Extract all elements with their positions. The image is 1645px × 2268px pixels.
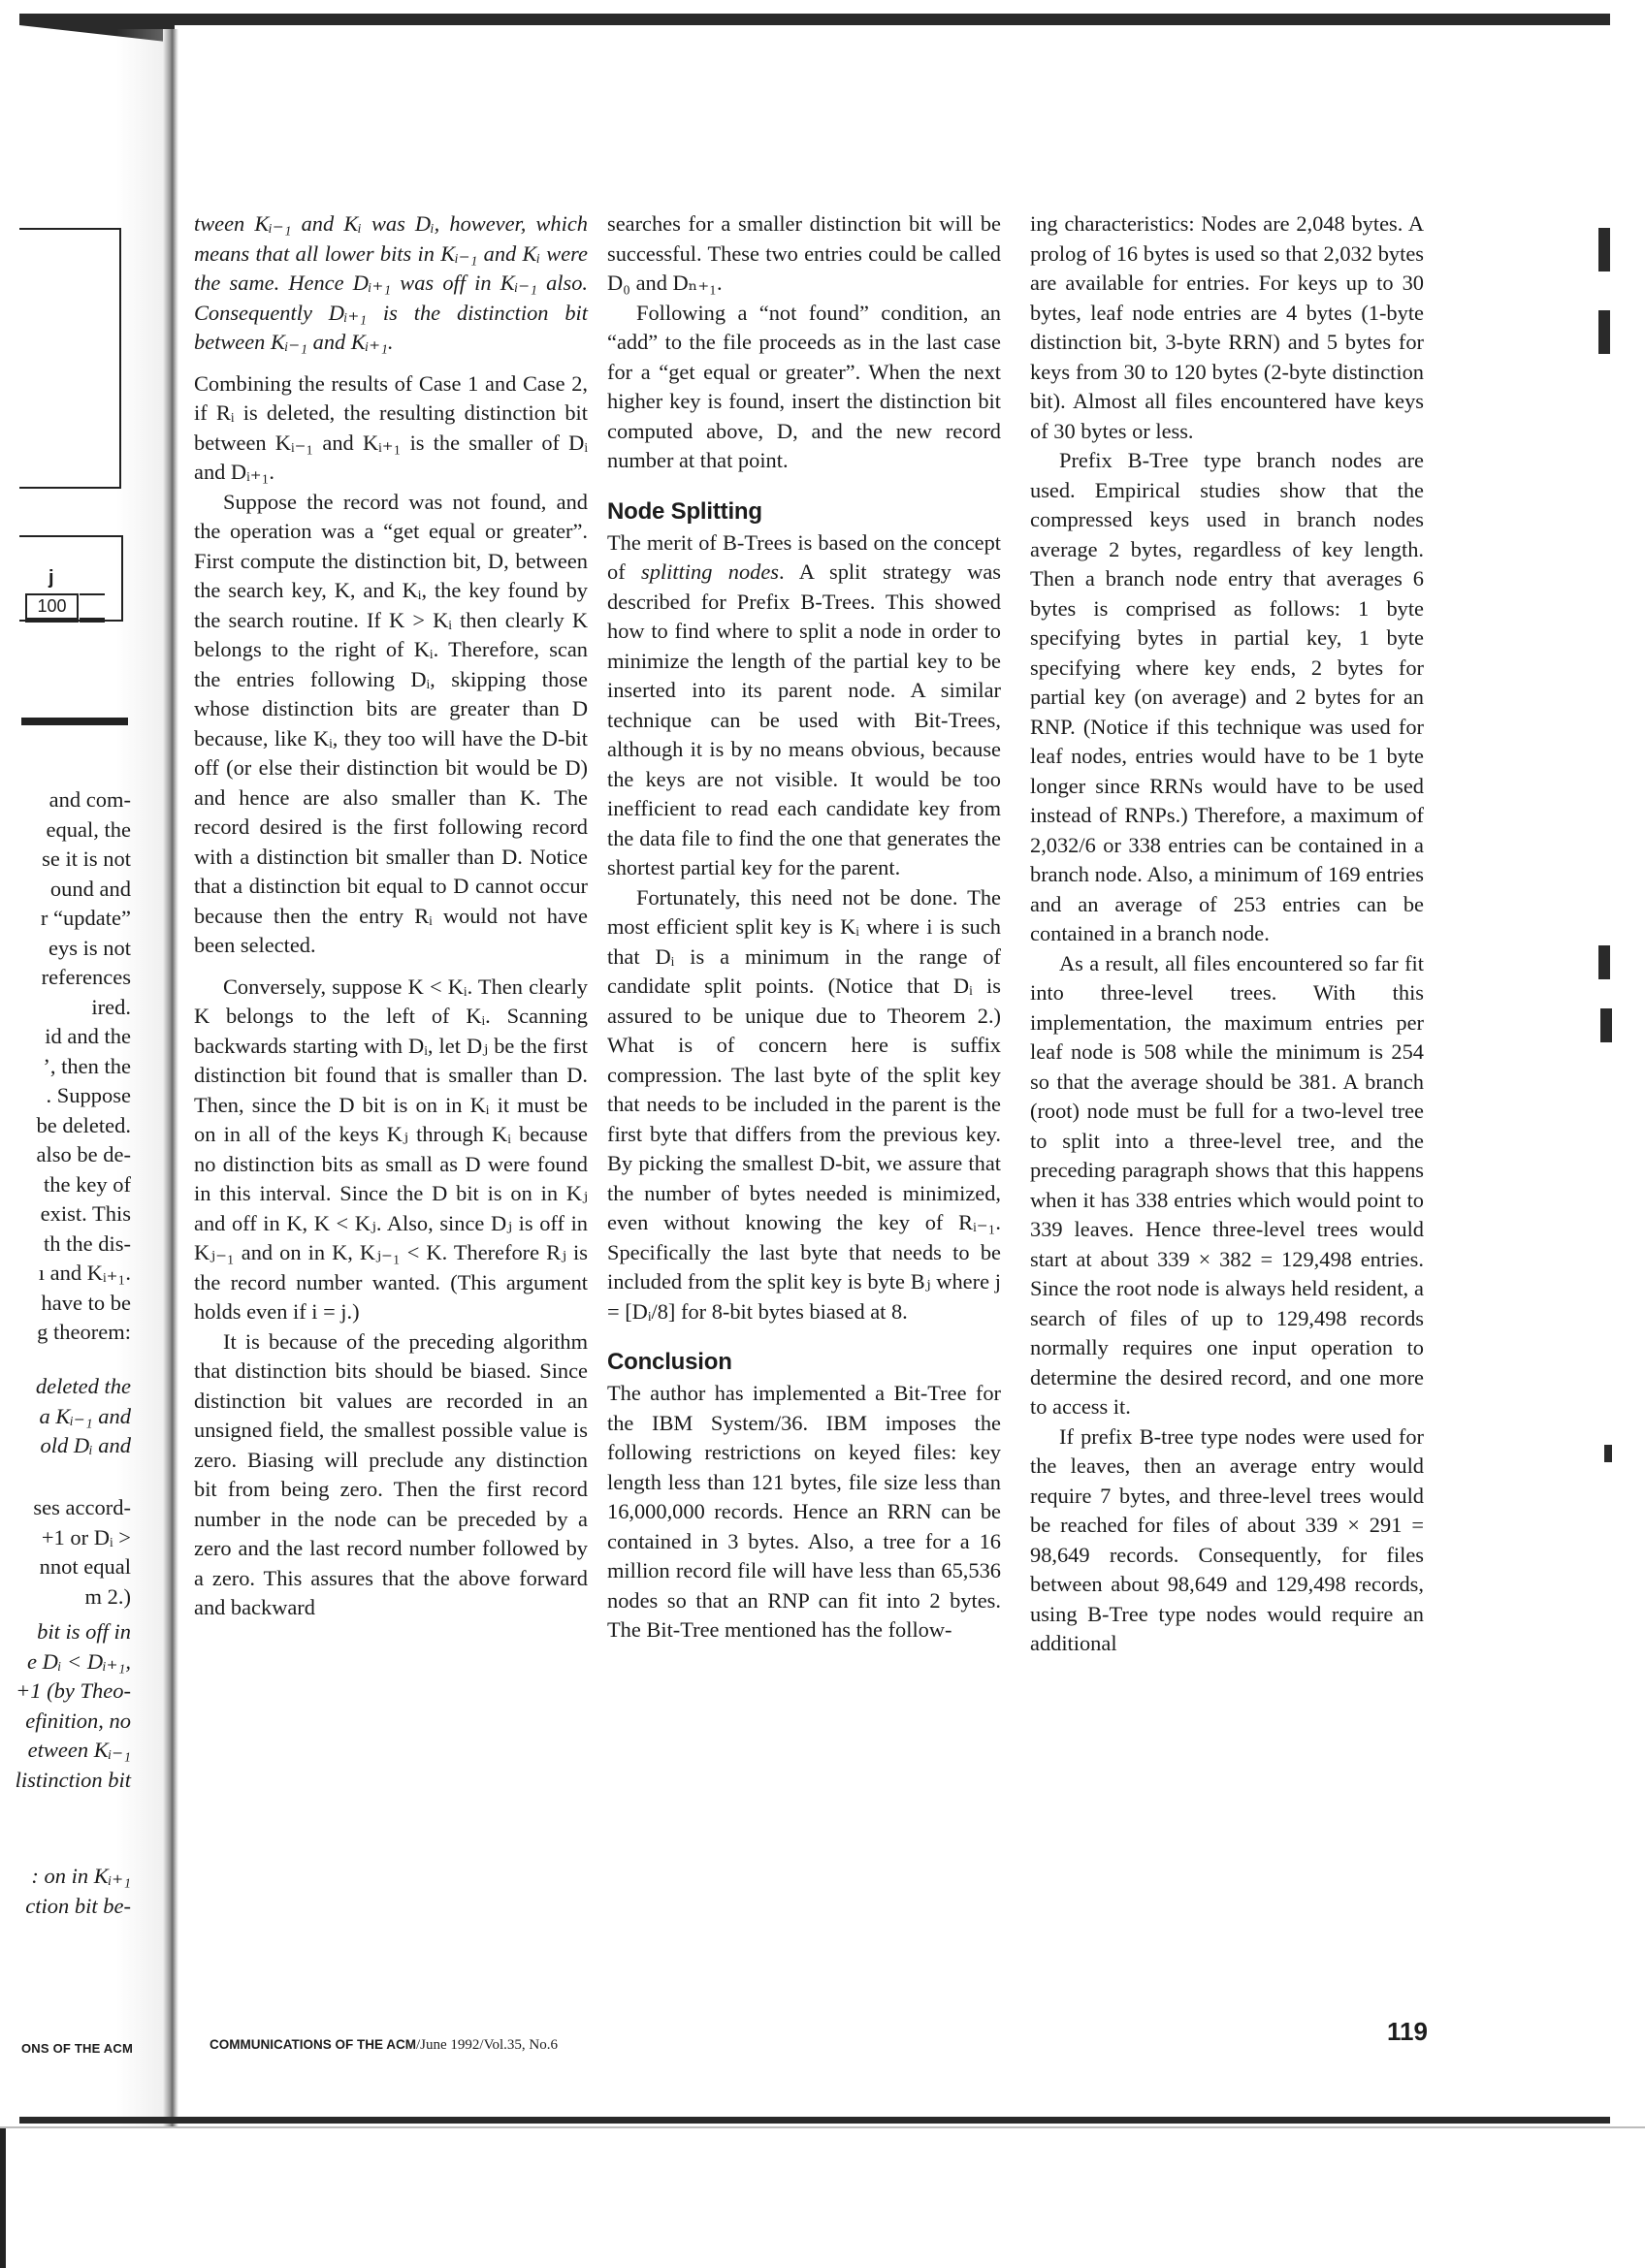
section-heading-conclusion: Conclusion <box>607 1346 1001 1379</box>
paragraph: Conversely, suppose K < Kᵢ. Then clearly… <box>194 973 588 1327</box>
emphasis: splitting nodes <box>641 559 779 584</box>
paragraph: If prefix B-tree type nodes were used fo… <box>1030 1422 1424 1659</box>
left-text-fragments: ses accord- +1 or Dᵢ > nnot equal m 2.) <box>0 1493 131 1612</box>
margin-ink-mark <box>1600 1008 1612 1042</box>
figure-box <box>19 228 121 489</box>
margin-ink-mark <box>1604 1445 1612 1462</box>
journal-footer: COMMUNICATIONS OF THE ACM/June 1992/Vol.… <box>210 2037 558 2054</box>
paragraph: Combining the results of Case 1 and Case… <box>194 369 588 488</box>
theorem-proof-text: tween Kᵢ₋₁ and Kᵢ was Dᵢ, however, which… <box>194 209 588 358</box>
paragraph: It is because of the preceding algorithm… <box>194 1327 588 1623</box>
paragraph: searches for a smaller distinction bit w… <box>607 209 1001 299</box>
margin-ink-mark <box>1598 310 1610 354</box>
margin-ink-mark <box>1598 945 1610 979</box>
left-italic-fragments: bit is off in e Dᵢ < Dᵢ₊₁, +1 (by Theo- … <box>0 1617 131 1795</box>
page-number: 119 <box>1387 2017 1428 2047</box>
left-text-fragments: and com- equal, the se it is not ound an… <box>0 785 131 1348</box>
paragraph: Prefix B-Tree type branch nodes are used… <box>1030 446 1424 949</box>
left-italic-fragments: deleted the a Kᵢ₋₁ and old Dᵢ and <box>0 1372 131 1461</box>
paragraph: As a result, all files encountered so fa… <box>1030 949 1424 1422</box>
journal-name: COMMUNICATIONS OF THE ACM <box>210 2037 416 2052</box>
scan-bottom-rule <box>0 2126 1645 2128</box>
paragraph: The author has implemented a Bit-Tree fo… <box>607 1379 1001 1645</box>
text-column-1: tween Kᵢ₋₁ and Kᵢ was Dᵢ, however, which… <box>194 209 588 1623</box>
margin-ink-mark <box>1598 228 1610 272</box>
scan-bottom-edge <box>19 2117 1610 2124</box>
text-column-2: searches for a smaller distinction bit w… <box>607 209 1001 1645</box>
book-spine <box>163 29 178 2128</box>
left-page-footer: ONS OF THE ACM <box>21 2041 133 2056</box>
section-rule <box>21 718 128 725</box>
paragraph: Following a “not found” condition, an “a… <box>607 299 1001 476</box>
figure-label: j <box>48 567 54 590</box>
left-italic-fragments: : on in Kᵢ₊₁ ction bit be- <box>0 1862 131 1921</box>
text-column-3: ing characteristics: Nodes are 2,048 byt… <box>1030 209 1424 1659</box>
figure-node-cell: 100 <box>25 593 79 623</box>
paragraph: The merit of B-Trees is based on the con… <box>607 528 1001 883</box>
figure-node-torn-edge <box>80 593 105 623</box>
scan-left-edge <box>0 2128 6 2268</box>
paragraph: Fortunately, this need not be done. The … <box>607 883 1001 1327</box>
section-heading-node-splitting: Node Splitting <box>607 495 1001 528</box>
issue-info: /June 1992/Vol.35, No.6 <box>416 2037 558 2053</box>
scan-top-edge <box>19 14 1610 25</box>
paragraph: ing characteristics: Nodes are 2,048 byt… <box>1030 209 1424 446</box>
paragraph: Suppose the record was not found, and th… <box>194 488 588 961</box>
